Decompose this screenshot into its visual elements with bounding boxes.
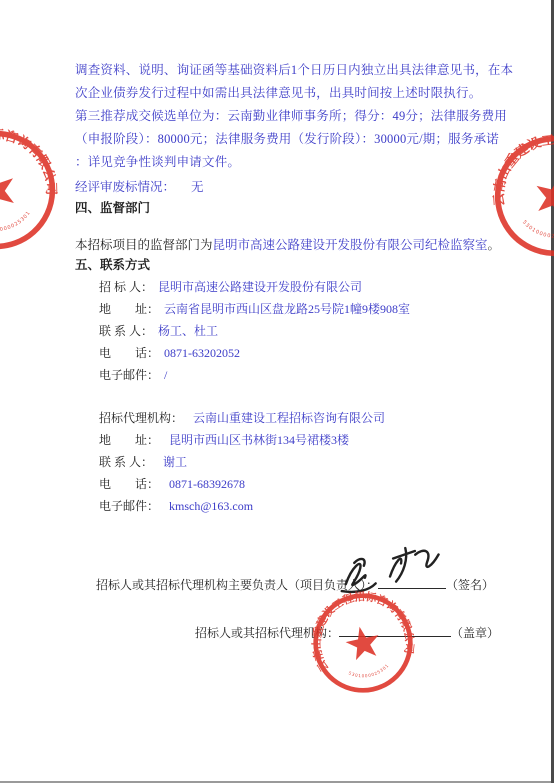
seal-star-icon (0, 165, 21, 215)
contact-value: 谢工 (163, 455, 187, 469)
contact-label: 联 系 人： (99, 324, 153, 338)
contact-label: 招 标 人： (99, 280, 153, 294)
company-seal-left-edge: 云南山重建设工程招标咨询有限公司 5301000025301 (0, 111, 75, 270)
contact-value: 云南省昆明市西山区盘龙路25号院1幢9楼908室 (164, 302, 410, 316)
paragraph-line: 次企业债券发行过程中如需出具法律意见书，出具时间按上述时限执行。 (75, 82, 495, 105)
contact-row-email: 电子邮件：kmsch@163.com (99, 495, 385, 517)
svg-text:5301000025301: 5301000025301 (347, 662, 391, 682)
review-reject-label: 经评审废标情况： (75, 180, 175, 194)
supervision-line: 本招标项目的监督部门为昆明市高速公路建设开发股份有限公司纪检监察室。 (75, 235, 500, 255)
paragraph-line: （申报阶段）：80000元；法律服务费用（发行阶段）：30000元/期；服务承诺 (75, 128, 495, 151)
contact-value: 杨工、杜工 (158, 324, 218, 338)
contact-row-agency: 招标代理机构：云南山重建设工程招标咨询有限公司 (99, 407, 385, 429)
contact-row-tenderer: 招 标 人：昆明市高速公路建设开发股份有限公司 (99, 276, 410, 298)
contact-value: 昆明市高速公路建设开发股份有限公司 (158, 280, 362, 294)
contact-row-address: 地 址：云南省昆明市西山区盘龙路25号院1幢9楼908室 (99, 298, 410, 320)
company-seal-bottom: 云南山重建设工程招标咨询有限公司 5301000025301 (301, 581, 424, 704)
agency-contact-block: 招标代理机构：云南山重建设工程招标咨询有限公司 地 址：昆明市西山区书林街134… (99, 407, 385, 517)
document-page: 调查资料、说明、询证函等基础资料后1个日历日内独立出具法律意见书，在本 次企业债… (0, 0, 554, 783)
stamp-line-suffix: （盖章） (451, 626, 499, 640)
seal-company-text: 云南山重建设工程招标咨询有限公司 (0, 111, 64, 237)
paragraph-line: ：详见竞争性谈判申请文件。 (75, 151, 495, 174)
contact-row-person: 联 系 人：谢工 (99, 451, 385, 473)
legal-opinion-paragraph: 调查资料、说明、询证函等基础资料后1个日历日内独立出具法律意见书，在本 次企业债… (75, 59, 495, 174)
svg-text:5301000025301: 5301000025301 (519, 219, 554, 245)
contact-label: 地 址： (99, 302, 159, 316)
supervision-department: 昆明市高速公路建设开发股份有限公司纪检监察室 (213, 238, 488, 252)
contact-row-phone: 电 话：0871-63202052 (99, 342, 410, 364)
supervision-prefix: 本招标项目的监督部门为 (75, 238, 213, 252)
contact-value: / (164, 368, 167, 382)
contact-value: kmsch@163.com (169, 499, 253, 513)
contact-row-address: 地 址：昆明市西山区书林街134号裙楼3楼 (99, 429, 385, 451)
paragraph-line: 调查资料、说明、询证函等基础资料后1个日历日内独立出具法律意见书，在本 (75, 59, 495, 82)
contact-row-email: 电子邮件：/ (99, 364, 410, 386)
contact-label: 联 系 人： (99, 455, 153, 469)
contact-row-person: 联 系 人：杨工、杜工 (99, 320, 410, 342)
seal-serial-text: 5301000025301 (347, 662, 391, 682)
contact-value: 0871-63202052 (164, 346, 240, 360)
contact-row-phone: 电 话：0871-68392678 (99, 473, 385, 495)
contact-label: 电子邮件： (99, 368, 159, 382)
section-4-heading: 四、监督部门 (75, 198, 150, 218)
contact-label: 电子邮件： (99, 499, 159, 513)
paragraph-line: 第三推荐成交候选单位为：云南勤业律师事务所；得分：49分；法律服务费用 (75, 105, 495, 128)
signature-line-suffix: （签名） (446, 578, 494, 592)
seal-star-icon (343, 623, 383, 661)
contact-label: 招标代理机构： (99, 411, 183, 425)
contact-value: 0871-68392678 (169, 477, 245, 491)
seal-serial-text: 5301000025301 (519, 219, 554, 245)
section-5-heading: 五、联系方式 (75, 255, 150, 275)
seal-star-icon (531, 172, 554, 219)
review-reject-line: 经评审废标情况：无 (75, 177, 204, 197)
contact-value: 昆明市西山区书林街134号裙楼3楼 (169, 433, 349, 447)
svg-text:云南山重建设工程招标咨询有限公司: 云南山重建设工程招标咨询有限公司 (0, 111, 64, 237)
tenderer-contact-block: 招 标 人：昆明市高速公路建设开发股份有限公司 地 址：云南省昆明市西山区盘龙路… (99, 276, 410, 386)
review-reject-value: 无 (191, 180, 204, 194)
contact-label: 电 话： (99, 346, 159, 360)
contact-value: 云南山重建设工程招标咨询有限公司 (193, 411, 385, 425)
contact-label: 电 话： (99, 477, 159, 491)
contact-label: 地 址： (99, 433, 159, 447)
